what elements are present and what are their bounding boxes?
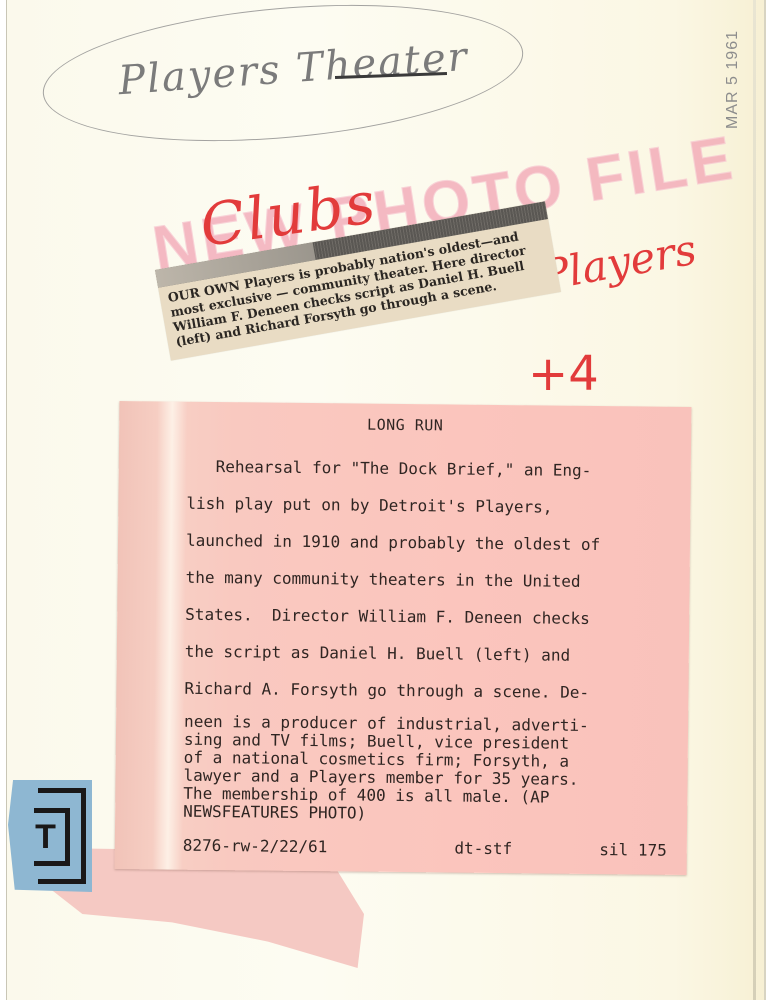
caption-line: launched in 1910 and probably the oldest… xyxy=(186,522,676,564)
caption-ref: sil 175 xyxy=(599,840,667,860)
caption-footer: 8276-rw-2/22/61 dt-stf sil 175 xyxy=(183,836,667,860)
tag-letter: T xyxy=(35,818,56,857)
caption-line: lish play put on by Detroit's Players, xyxy=(186,485,676,527)
caption-line: Richard A. Forsyth go through a scene. D… xyxy=(184,670,674,712)
caption-fold-crease xyxy=(153,401,188,869)
tag-inner-bracket-icon: T xyxy=(34,808,70,866)
caption-line: the many community theaters in the Unite… xyxy=(185,559,675,601)
caption-sheet: LONG RUN Rehearsal for "The Dock Brief,"… xyxy=(115,401,692,875)
blue-file-tag: T xyxy=(8,780,92,892)
sheet-edge xyxy=(753,0,756,1000)
caption-code: 8276-rw-2/22/61 xyxy=(183,836,328,857)
date-stamp: MAR 5 1961 xyxy=(724,30,742,129)
caption-body: Rehearsal for "The Dock Brief," an Eng- … xyxy=(183,448,677,826)
caption-line: NEWSFEATURES PHOTO) xyxy=(183,803,673,826)
caption-line: States. Director William F. Deneen check… xyxy=(185,596,675,638)
caption-line: Rehearsal for "The Dock Brief," an Eng- xyxy=(187,448,677,490)
caption-desk: dt-stf xyxy=(454,839,512,859)
red-annotation-plus-four: +4 xyxy=(528,346,599,402)
caption-title: LONG RUN xyxy=(119,413,691,437)
caption-line: the script as Daniel H. Buell (left) and xyxy=(185,633,675,675)
